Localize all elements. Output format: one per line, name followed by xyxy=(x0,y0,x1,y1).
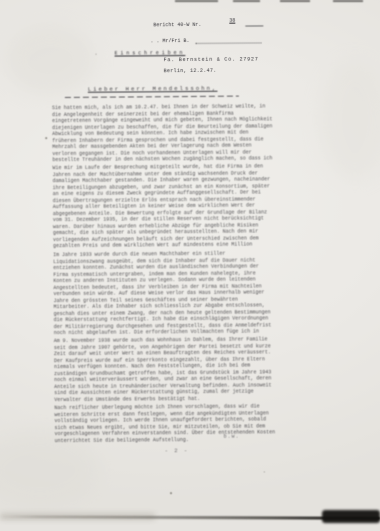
dotted-fill-line xyxy=(195,42,261,44)
ink-speck xyxy=(264,471,265,472)
salutation: Lieber Herr Mendelssohn, xyxy=(88,85,218,93)
ink-speck xyxy=(96,54,97,55)
handlers-line: . . Mr/Fri B. xyxy=(150,38,189,44)
salutation-underline xyxy=(65,96,239,98)
paragraph-3: Im Jahre 1933 wurde durch die neuen Mach… xyxy=(53,250,275,337)
reference-line: Bericht 40-W Nr. xyxy=(153,22,201,28)
registered-mail-mark: Einschreiben xyxy=(115,50,186,57)
date-line: Berlin, 12.2.47. xyxy=(164,68,217,74)
paragraph-5: Nach reiflicher Überlegung möchte ich Ih… xyxy=(54,403,275,444)
ink-speck xyxy=(170,492,172,494)
page-number: - 2 - xyxy=(165,447,189,454)
ink-speck xyxy=(45,137,47,139)
reference-trail-line xyxy=(245,25,263,26)
typed-content: Bericht 40-W Nr. 38 . . Mr/Fri B. Einsch… xyxy=(0,0,380,531)
paragraph-2: Wie mir im Laufe der Besprechung mitgete… xyxy=(52,163,274,250)
scanned-letter-page: Bericht 40-W Nr. 38 . . Mr/Fri B. Einsch… xyxy=(0,0,380,531)
paragraph-1: Sie hatten mich, als ich am 10.2.47. bei… xyxy=(52,103,273,164)
reference-number: 38 xyxy=(229,18,235,24)
addressee-line: Fa. Bernstein & Co. 27927 xyxy=(164,56,259,63)
continuation-mark: b.w. xyxy=(224,434,240,440)
paragraph-4: Am 9. November 1938 wurde auch das Wohnh… xyxy=(54,336,276,403)
bottom-edge-blob xyxy=(322,510,380,523)
